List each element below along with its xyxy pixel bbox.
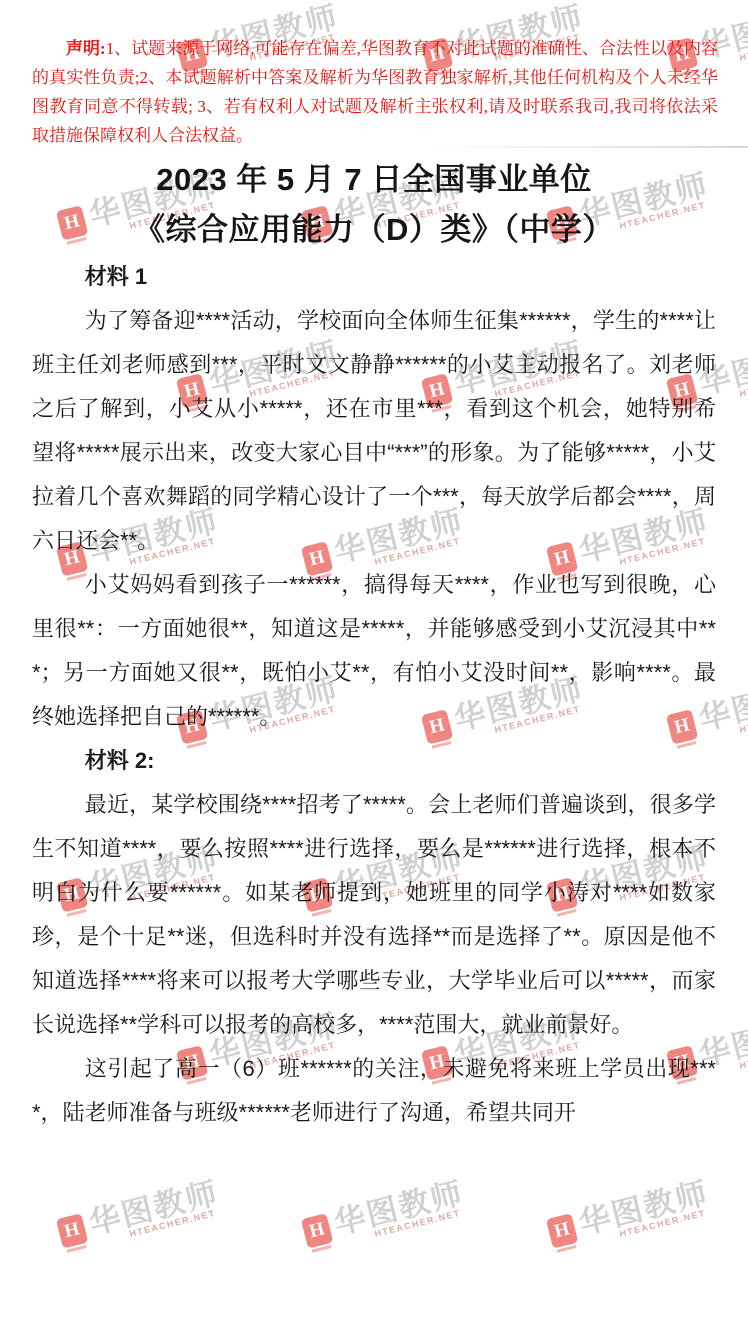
watermark: H华图教师HTEACHER.NET — [300, 1177, 469, 1255]
section-heading-material-1: 材料 1 — [32, 255, 716, 299]
document-page: H华图教师HTEACHER.NETH华图教师HTEACHER.NETH华图教师H… — [0, 0, 748, 1335]
section-heading-material-2: 材料 2: — [32, 739, 716, 783]
material-2-paragraph-2: 这引起了高一（6）班******的关注，未避免将来班上学员出现****，陆老师准… — [32, 1047, 716, 1135]
page-title-line1: 2023 年 5 月 7 日全国事业单位 — [32, 158, 716, 202]
watermark-site-text: HTEACHER.NET — [618, 1206, 714, 1239]
watermark-site-text: HTEACHER.NET — [373, 1206, 469, 1239]
disclaimer-label: 声明: — [66, 39, 106, 58]
watermark-site-text: HTEACHER.NET — [128, 1206, 224, 1239]
material-1-paragraph-1: 为了筹备迎****活动，学校面向全体师生征集******，学生的****让班主任… — [32, 299, 716, 563]
huatu-logo-caption — [556, 1245, 576, 1253]
material-1-paragraph-2: 小艾妈妈看到孩子一******，搞得每天****，作业也写到很晚，心里很**：一… — [32, 563, 716, 739]
page-title-line2: 《综合应用能力（D）类》（中学） — [32, 208, 716, 252]
watermark: H华图教师HTEACHER.NET — [545, 1177, 714, 1255]
watermark-brand-text: 华图教师 — [86, 1177, 222, 1239]
watermark-brand-text: 华图教师 — [331, 1177, 467, 1239]
huatu-logo-icon: H — [56, 1213, 88, 1248]
material-2-paragraph-1: 最近，某学校围绕****招考了*****。会上老师们普遍谈到，很多学生不知道**… — [32, 783, 716, 1047]
watermark-brand-text: 华图教师 — [576, 1177, 712, 1239]
huatu-logo-icon: H — [301, 1213, 333, 1248]
huatu-logo-caption — [311, 1245, 331, 1253]
document-content: 材料 1 为了筹备迎****活动，学校面向全体师生征集******，学生的***… — [32, 255, 716, 1135]
huatu-logo-caption — [66, 1245, 86, 1253]
document-body: 声明:1、试题来源于网络,可能存在偏差,华图教育不对此试题的准确性、合法性以及内… — [0, 34, 748, 1135]
disclaimer-notice: 声明:1、试题来源于网络,可能存在偏差,华图教育不对此试题的准确性、合法性以及内… — [32, 34, 718, 150]
watermark: H华图教师HTEACHER.NET — [55, 1177, 224, 1255]
huatu-logo-icon: H — [546, 1213, 578, 1248]
disclaimer-text: 1、试题来源于网络,可能存在偏差,华图教育不对此试题的准确性、合法性以及内容的真… — [32, 39, 718, 145]
